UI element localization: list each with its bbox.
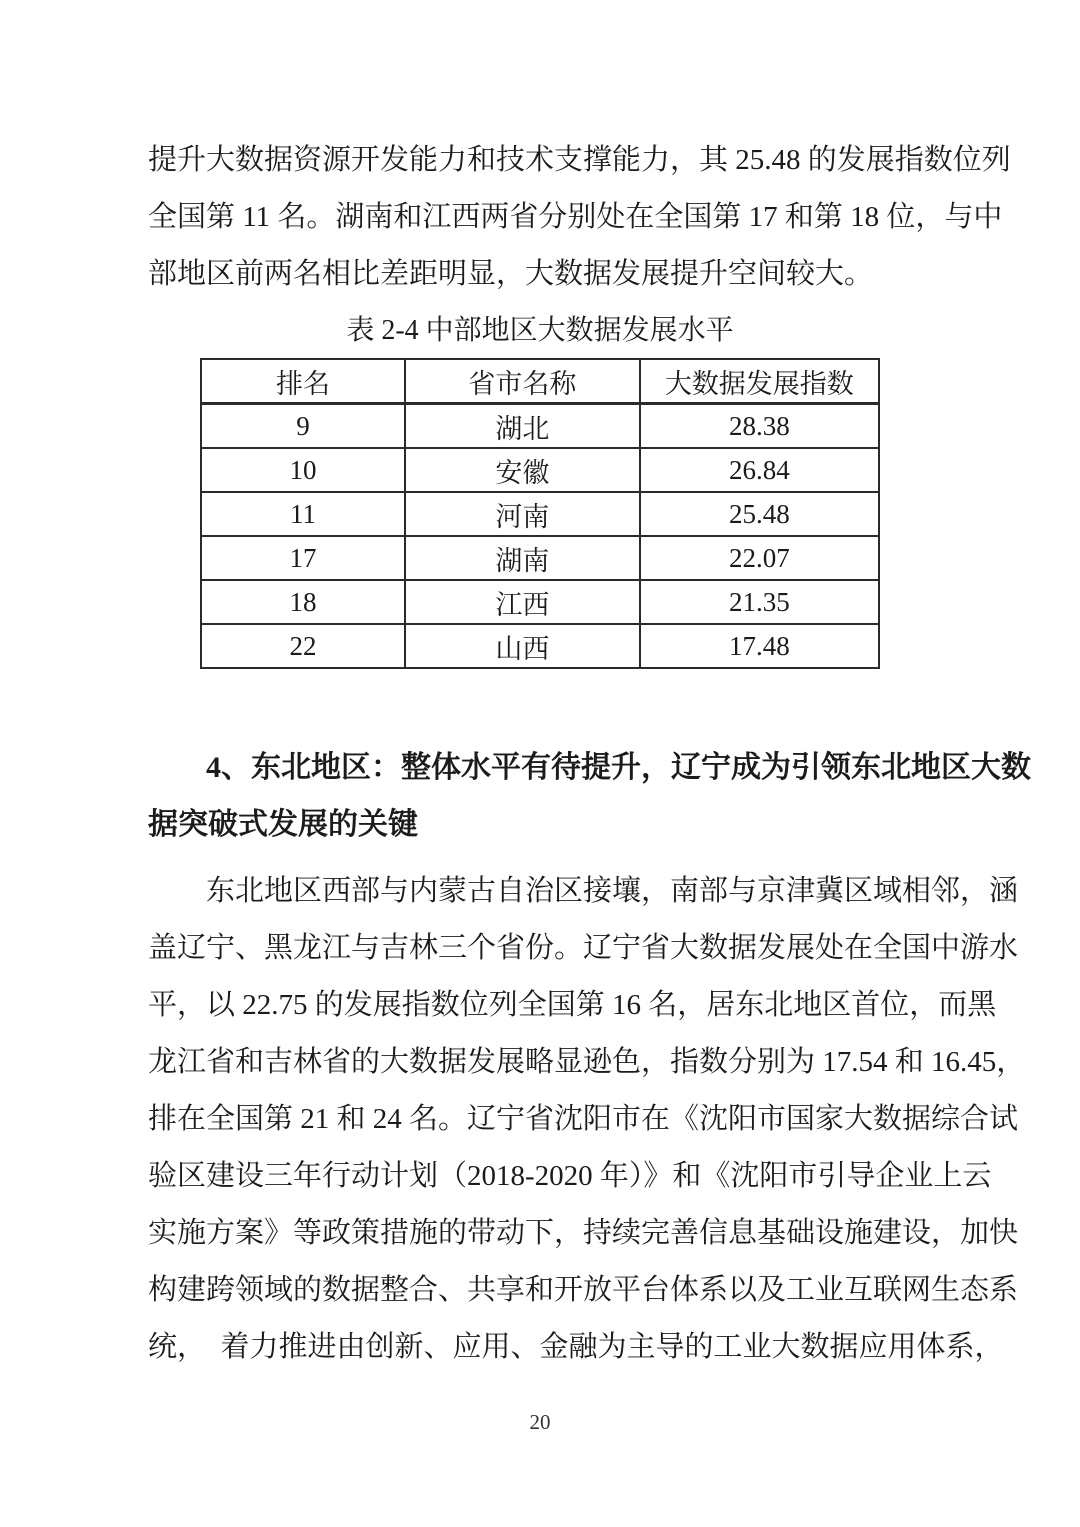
cell-province: 江西 — [405, 580, 640, 624]
cell-rank: 9 — [201, 404, 405, 449]
text-line: 实施方案》等政策措施的带动下，持续完善信息基础设施建设，加快 — [148, 1205, 932, 1262]
cell-rank: 10 — [201, 448, 405, 492]
section-heading: 4、东北地区：整体水平有待提升，辽宁成为引领东北地区大数 据突破式发展的关键 — [148, 739, 932, 853]
cell-province: 河南 — [405, 492, 640, 536]
table-header-row: 排名 省市名称 大数据发展指数 — [201, 359, 879, 404]
table-row: 22 山西 17.48 — [201, 624, 879, 668]
paragraph-1: 提升大数据资源开发能力和技术支撑能力，其 25.48 的发展指数位列 全国第 1… — [148, 132, 932, 303]
table-row: 9 湖北 28.38 — [201, 404, 879, 449]
cell-province: 安徽 — [405, 448, 640, 492]
data-table: 排名 省市名称 大数据发展指数 9 湖北 28.38 10 安徽 26.84 1… — [200, 358, 880, 669]
col-header-province: 省市名称 — [405, 359, 640, 404]
heading-line: 4、东北地区：整体水平有待提升，辽宁成为引领东北地区大数 — [148, 739, 932, 796]
table-row: 11 河南 25.48 — [201, 492, 879, 536]
cell-rank: 17 — [201, 536, 405, 580]
text-line: 统， 着力推进由创新、应用、金融为主导的工业大数据应用体系， — [148, 1319, 932, 1376]
text-line: 排在全国第 21 和 24 名。辽宁省沈阳市在《沈阳市国家大数据综合试 — [148, 1091, 932, 1148]
cell-province: 湖南 — [405, 536, 640, 580]
cell-province: 湖北 — [405, 404, 640, 449]
table-row: 10 安徽 26.84 — [201, 448, 879, 492]
cell-province: 山西 — [405, 624, 640, 668]
col-header-rank: 排名 — [201, 359, 405, 404]
cell-rank: 22 — [201, 624, 405, 668]
table-row: 17 湖南 22.07 — [201, 536, 879, 580]
text-line: 平，以 22.75 的发展指数位列全国第 16 名，居东北地区首位，而黑 — [148, 977, 932, 1034]
cell-rank: 18 — [201, 580, 405, 624]
cell-index: 28.38 — [640, 404, 879, 449]
text-line: 验区建设三年行动计划（2018-2020 年）》和《沈阳市引导企业上云 — [148, 1148, 932, 1205]
text-line: 部地区前两名相比差距明显，大数据发展提升空间较大。 — [148, 246, 932, 303]
cell-index: 25.48 — [640, 492, 879, 536]
text-line: 东北地区西部与内蒙古自治区接壤，南部与京津冀区域相邻，涵 — [148, 863, 932, 920]
text-line: 盖辽宁、黑龙江与吉林三个省份。辽宁省大数据发展处在全国中游水 — [148, 920, 932, 977]
text-line: 龙江省和吉林省的大数据发展略显逊色，指数分别为 17.54 和 16.45， — [148, 1034, 932, 1091]
table-caption: 表 2-4 中部地区大数据发展水平 — [148, 311, 932, 351]
cell-rank: 11 — [201, 492, 405, 536]
heading-line: 据突破式发展的关键 — [148, 796, 932, 853]
document-page: 提升大数据资源开发能力和技术支撑能力，其 25.48 的发展指数位列 全国第 1… — [0, 0, 1080, 1527]
text-line: 构建跨领域的数据整合、共享和开放平台体系以及工业互联网生态系 — [148, 1262, 932, 1319]
page-number: 20 — [148, 1410, 932, 1435]
cell-index: 22.07 — [640, 536, 879, 580]
cell-index: 17.48 — [640, 624, 879, 668]
cell-index: 26.84 — [640, 448, 879, 492]
text-line: 全国第 11 名。湖南和江西两省分别处在全国第 17 和第 18 位，与中 — [148, 189, 932, 246]
paragraph-2: 东北地区西部与内蒙古自治区接壤，南部与京津冀区域相邻，涵 盖辽宁、黑龙江与吉林三… — [148, 863, 932, 1376]
cell-index: 21.35 — [640, 580, 879, 624]
table-row: 18 江西 21.35 — [201, 580, 879, 624]
text-line: 提升大数据资源开发能力和技术支撑能力，其 25.48 的发展指数位列 — [148, 132, 932, 189]
col-header-index: 大数据发展指数 — [640, 359, 879, 404]
